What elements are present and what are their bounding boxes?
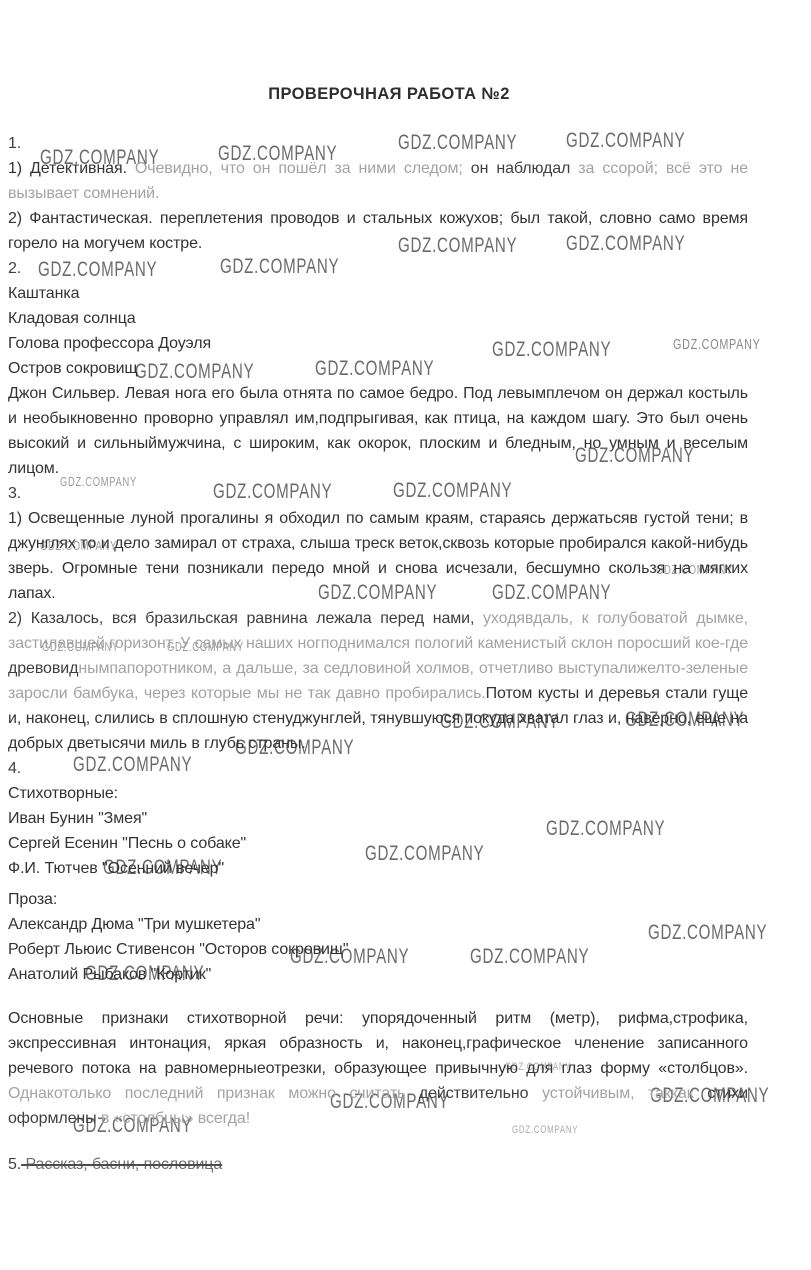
- text-segment: 2.: [8, 260, 21, 277]
- book-title: Остров сокровищ: [8, 356, 748, 381]
- text-segment: Стихотворные:: [8, 785, 118, 802]
- text-segment: он наблюдал: [471, 160, 579, 177]
- text-segment: 1) Детективная.: [8, 160, 135, 177]
- book-title: Роберт Льюис Стивенсон "Осторов сокровищ…: [8, 937, 748, 962]
- text-segment: 2) Казалось, вся бразильская равнина леж…: [8, 610, 483, 627]
- book-title: Сергей Есенин "Песнь о собаке": [8, 831, 748, 856]
- page-title: ПРОВЕРОЧНАЯ РАБОТА №2: [8, 82, 748, 107]
- book-title: Анатолий Рыбаков "Кортик": [8, 962, 748, 987]
- text-segment: Основные признаки стихотворной речи: упо…: [8, 1010, 748, 1077]
- book-title: Каштанка: [8, 281, 748, 306]
- text-segment: Александр Дюма "Три мушкетера": [8, 916, 260, 933]
- text-segment: Проза:: [8, 891, 57, 908]
- text-segment: Анатолий Рыбаков "Кортик": [8, 966, 211, 983]
- text-segment: Джон Сильвер. Левая нога его была отнята…: [8, 385, 748, 477]
- section-2-number: 2.: [8, 256, 748, 281]
- section-1-number: 1.: [8, 131, 748, 156]
- text-segment: Рассказ, басни, пословица: [21, 1156, 222, 1173]
- answer-4-explanation: Основные признаки стихотворной речи: упо…: [8, 1006, 748, 1131]
- text-segment: Сергей Есенин "Песнь о собаке": [8, 835, 246, 852]
- text-segment: действительно: [419, 1085, 542, 1102]
- text-segment: 4.: [8, 760, 21, 777]
- text-segment: Роберт Льюис Стивенсон "Осторов сокровищ…: [8, 941, 349, 958]
- document-body: ПРОВЕРОЧНАЯ РАБОТА №2 1.1) Детективная. …: [8, 82, 748, 1177]
- category-label: Стихотворные:: [8, 781, 748, 806]
- text-segment: 5.: [8, 1156, 21, 1173]
- answer-3-1: 1) Освещенные луной прогалины я обходил …: [8, 506, 748, 606]
- text-segment: Голова профессора Доуэля: [8, 335, 211, 352]
- section-4-number: 4.: [8, 756, 748, 781]
- text-segment: устойчивым, таккак: [542, 1085, 707, 1102]
- text-segment: 3.: [8, 485, 21, 502]
- text-segment: Остров сокровищ: [8, 360, 138, 377]
- answer-3-2: 2) Казалось, вся бразильская равнина леж…: [8, 606, 748, 756]
- text-segment: Ф.И. Тютчев "Осенний вечер": [8, 860, 224, 877]
- text-segment: Каштанка: [8, 285, 79, 302]
- section-3-number: 3.: [8, 481, 748, 506]
- book-title: Кладовая солнца: [8, 306, 748, 331]
- text-segment: 1) Освещенные луной прогалины я обходил …: [8, 510, 748, 602]
- book-title: Иван Бунин "Змея": [8, 806, 748, 831]
- text-segment: Кладовая солнца: [8, 310, 136, 327]
- text-segment: в «столбцы» всегда!: [97, 1110, 251, 1127]
- text-segment: Очевидно, что он пошёл за ними следом;: [135, 160, 471, 177]
- book-title: Голова профессора Доуэля: [8, 331, 748, 356]
- scanned-document-page: GDZ.COMPANYGDZ.COMPANYGDZ.COMPANYGDZ.COM…: [0, 0, 811, 1270]
- answer-2-description: Джон Сильвер. Левая нога его была отнята…: [8, 381, 748, 481]
- text-segment: Однакотолько последний признак можно счи…: [8, 1085, 419, 1102]
- answer-1-1: 1) Детективная. Очевидно, что он пошёл з…: [8, 156, 748, 206]
- text-segment: 1.: [8, 135, 21, 152]
- book-title: Ф.И. Тютчев "Осенний вечер": [8, 856, 748, 881]
- answer-1-2: 2) Фантастическая. переплетения проводов…: [8, 206, 748, 256]
- text-segment: древовид: [8, 660, 78, 677]
- category-label: Проза:: [8, 887, 748, 912]
- book-title: Александр Дюма "Три мушкетера": [8, 912, 748, 937]
- answer-5: 5. Рассказ, басни, пословица: [8, 1152, 748, 1177]
- text-segment: Иван Бунин "Змея": [8, 810, 147, 827]
- text-segment: 2) Фантастическая. переплетения проводов…: [8, 210, 748, 252]
